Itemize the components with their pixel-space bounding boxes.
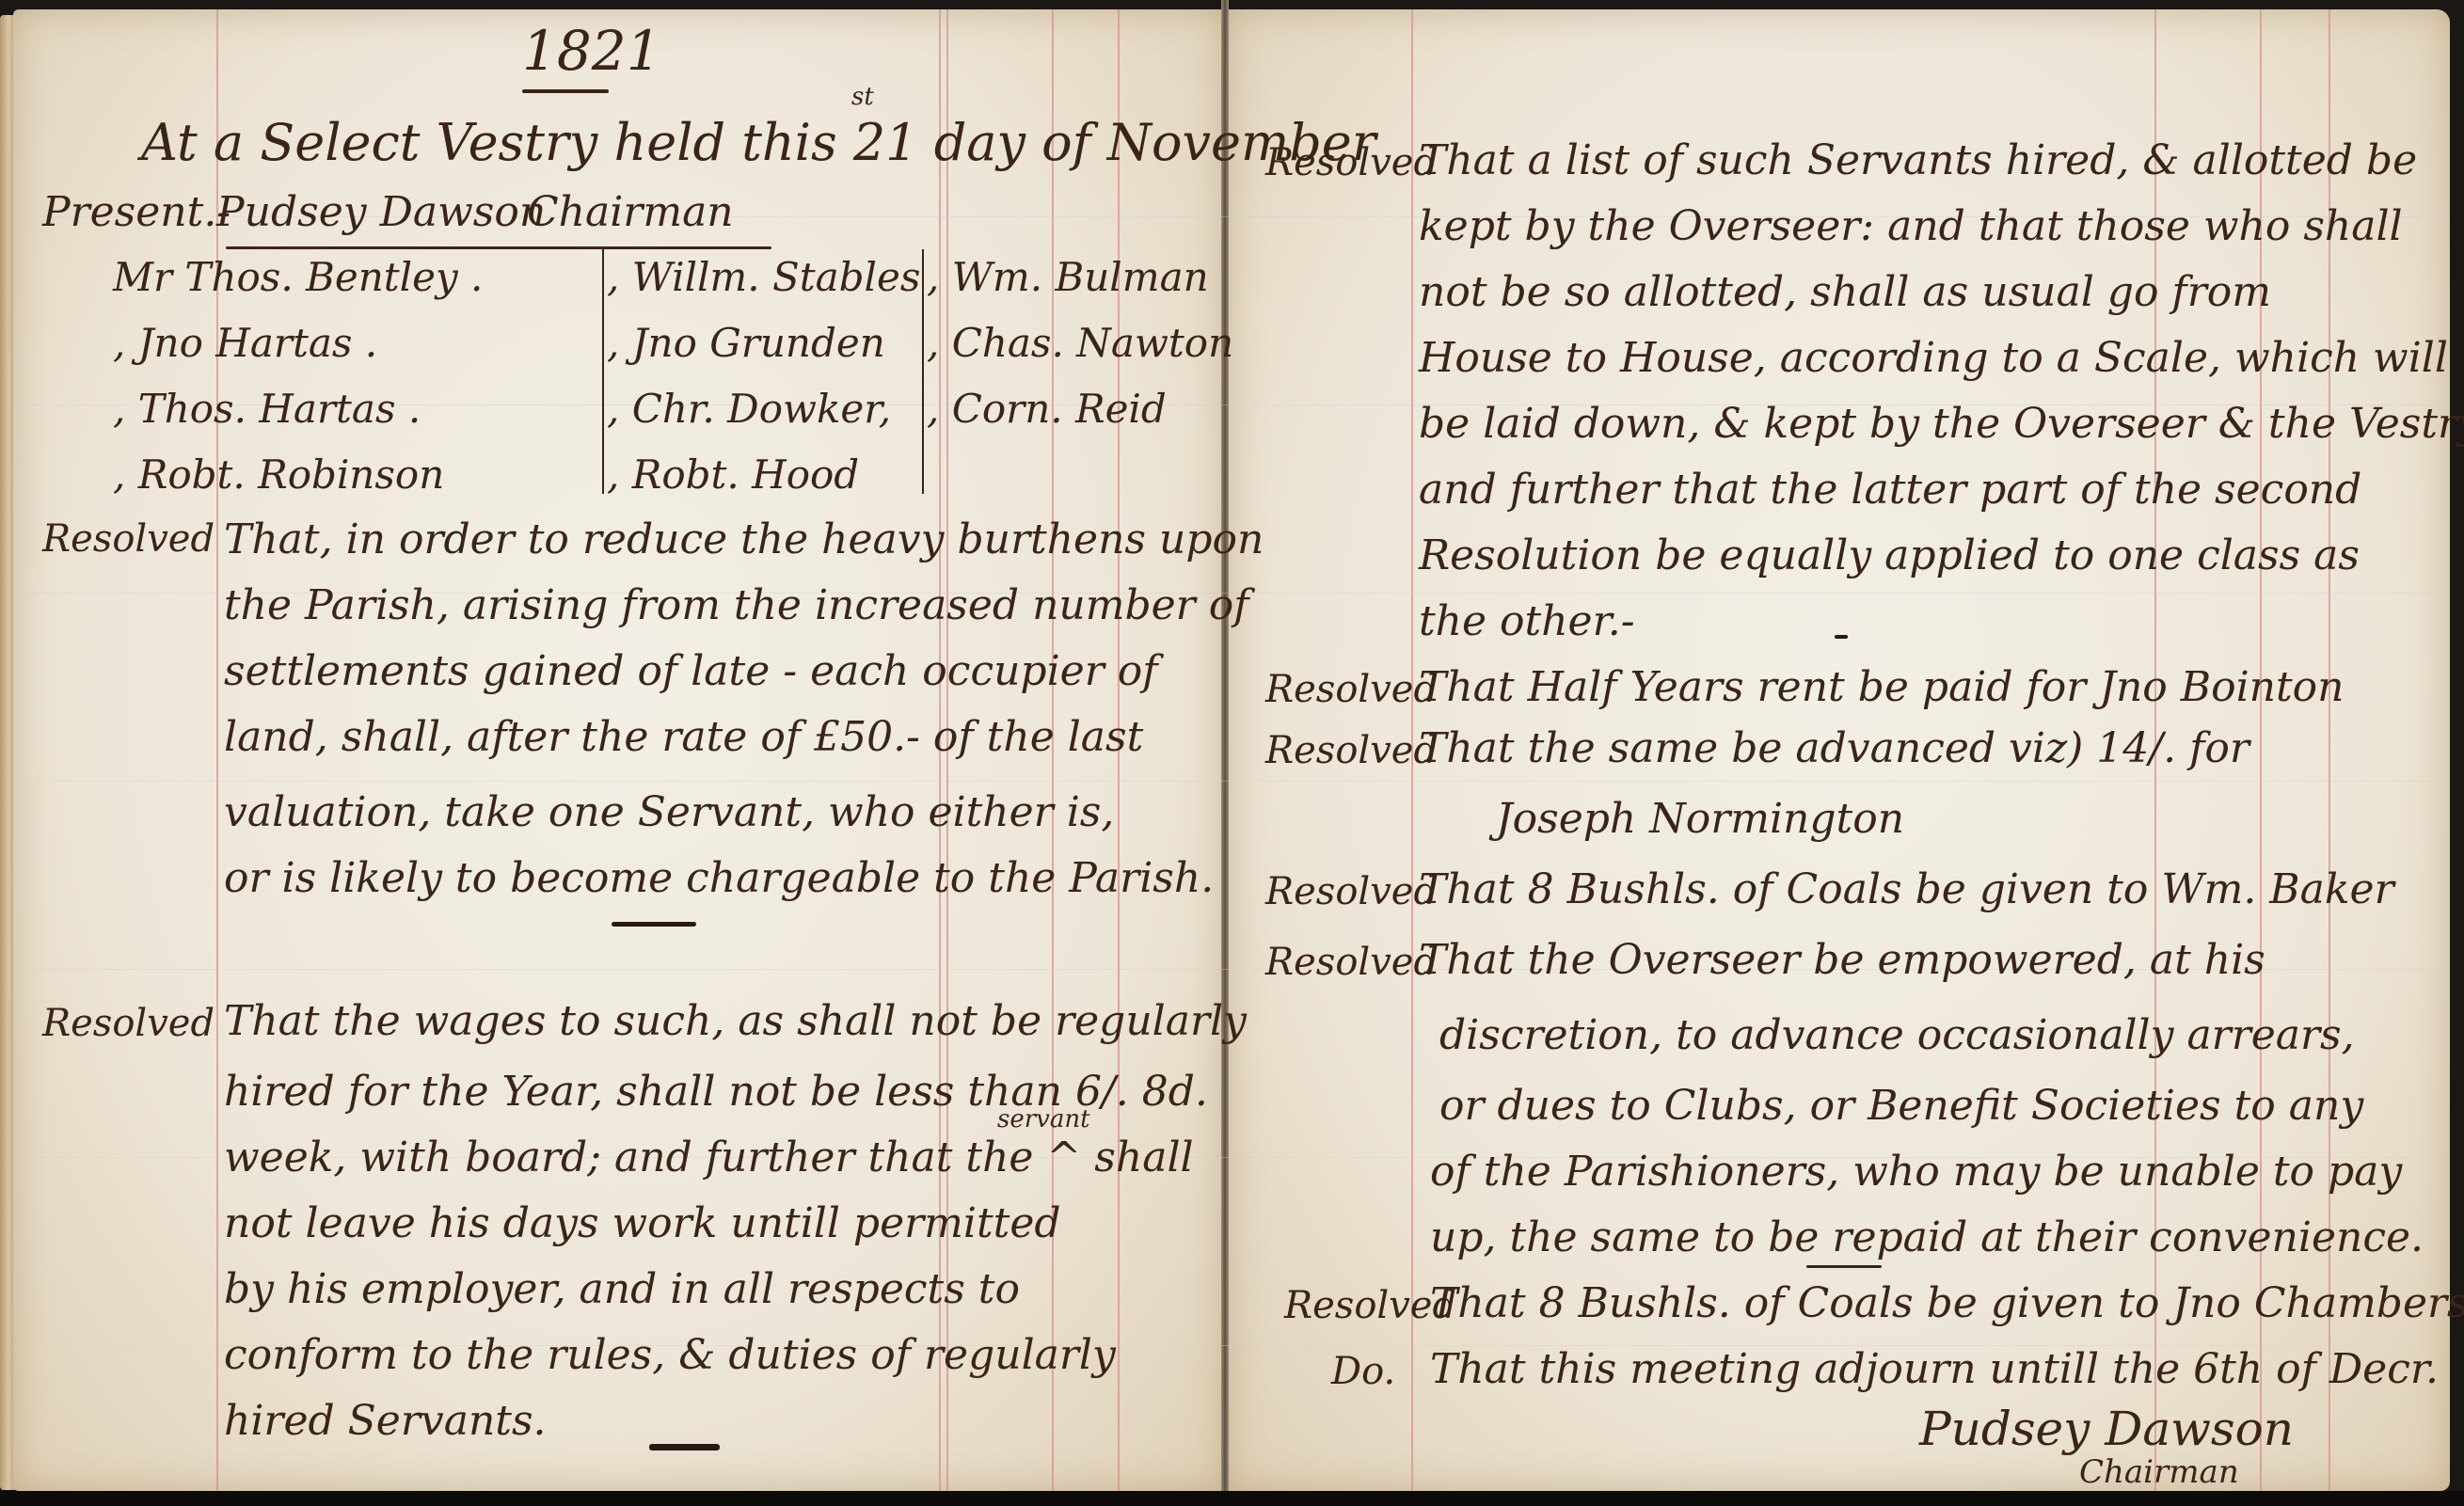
resolution-line: settlements gained of late - each occupi…: [224, 647, 1158, 695]
resolution-line: of the Parishioners, who may be unable t…: [1430, 1148, 2402, 1196]
chairman-signature: Pudsey Dawson: [1919, 1402, 2294, 1456]
resolution-label: Resolved: [42, 1002, 215, 1045]
resolution-line: Resolution be equally applied to one cla…: [1419, 531, 2360, 579]
resolution-line: week, with board; and further that the ^…: [224, 1133, 1194, 1181]
heading-superscript: st: [851, 83, 874, 111]
column-divider: [602, 249, 604, 494]
attendee: Mr Thos. Bentley .: [113, 254, 483, 300]
resolution-line: not leave his days work untill permitted: [224, 1199, 1061, 1247]
resolution-label: Resolved: [1265, 870, 1438, 913]
resolution-label: Resolved: [42, 517, 215, 561]
ruled-line: [13, 781, 2450, 782]
resolution-line: land, shall, after the rate of £50.- of …: [224, 713, 1143, 761]
attendee: , Chas. Nawton: [927, 320, 1233, 366]
attendee: , Jno Grunden: [607, 320, 885, 366]
chairman-signature-title: Chairman: [2079, 1453, 2239, 1491]
resolution-line: That the wages to such, as shall not be …: [224, 997, 1247, 1045]
attendee: , Jno Hartas .: [113, 320, 377, 366]
resolution-label: Resolved: [1265, 668, 1438, 711]
chairman-title: Chairman: [527, 188, 734, 236]
column-divider: [922, 249, 924, 494]
resolution-line: That 8 Bushls. of Coals be given to Jno …: [1430, 1279, 2464, 1327]
resolution-line: hired Servants.: [224, 1397, 547, 1445]
meeting-heading: At a Select Vestry held this 21 day of N…: [141, 113, 1376, 172]
year-heading: 1821: [522, 19, 661, 83]
resolution-line: kept by the Overseer: and that those who…: [1419, 202, 2403, 250]
resolution-line: and further that the latter part of the …: [1419, 466, 2361, 514]
present-label: Present.-: [42, 188, 231, 236]
resolution-line: discretion, to advance occasionally arre…: [1439, 1011, 2355, 1059]
separator-dash: [649, 1444, 720, 1451]
interlinear-insertion: servant: [997, 1105, 1090, 1133]
resolution-line: Joseph Normington: [1496, 795, 1904, 843]
resolution-line: conform to the rules, & duties of regula…: [224, 1331, 1116, 1379]
resolution-line: the other.-: [1419, 597, 1635, 645]
attendee: , Robt. Hood: [607, 452, 859, 498]
resolution-line: by his employer, and in all respects to: [224, 1265, 1020, 1313]
book-gutter: [1221, 0, 1229, 1496]
attendee: , Chr. Dowker,: [607, 386, 891, 432]
resolution-line: That 8 Bushls. of Coals be given to Wm. …: [1419, 865, 2394, 913]
resolution-line: valuation, take one Servant, who either …: [224, 788, 1114, 836]
resolution-line: That Half Years rent be paid for Jno Boi…: [1419, 663, 2345, 711]
attendee: , Thos. Hartas .: [113, 386, 421, 432]
resolution-line: That a list of such Servants hired, & al…: [1419, 136, 2417, 184]
resolution-line: or dues to Clubs, or Benefit Societies t…: [1439, 1082, 2363, 1130]
resolution-line: House to House, according to a Scale, wh…: [1419, 334, 2448, 382]
table-surface: [0, 1491, 2464, 1506]
attendee: , Willm. Stables: [607, 254, 920, 300]
chairman-name: Pudsey Dawson: [216, 188, 546, 236]
attendee: , Corn. Reid: [927, 386, 1167, 432]
resolution-line: That this meeting adjourn untill the 6th…: [1430, 1345, 2439, 1393]
present-underline: [226, 246, 771, 249]
resolution-line: not be so allotted, shall as usual go fr…: [1419, 268, 2271, 316]
separator-dash: [1835, 635, 1848, 639]
resolution-label: Resolved: [1265, 941, 1438, 984]
heading-text: At a Select Vestry held this 21 day of N…: [141, 113, 1376, 172]
resolution-line: or is likely to become chargeable to the…: [224, 854, 1214, 902]
year-underline: [522, 89, 609, 93]
resolution-label: Do.: [1331, 1350, 1395, 1393]
resolution-line: the Parish, arising from the increased n…: [224, 581, 1248, 629]
resolution-line: That the same be advanced viz) 14/. for: [1419, 724, 2249, 772]
resolution-line: be laid down, & kept by the Overseer & t…: [1419, 400, 2464, 448]
resolution-line: up, the same to be repaid at their conve…: [1430, 1213, 2424, 1261]
repaid-underline: [1806, 1265, 1882, 1268]
resolution-line: That the Overseer be empowered, at his: [1419, 936, 2265, 984]
attendee: , Robt. Robinson: [113, 452, 444, 498]
separator-dash: [612, 922, 696, 927]
open-minute-book: 1821 At a Select Vestry held this 21 day…: [0, 0, 2464, 1506]
resolution-line: That, in order to reduce the heavy burth…: [224, 515, 1264, 563]
attendee: , Wm. Bulman: [927, 254, 1209, 300]
resolution-label: Resolved: [1265, 729, 1438, 772]
resolution-label: Resolved: [1265, 141, 1438, 184]
